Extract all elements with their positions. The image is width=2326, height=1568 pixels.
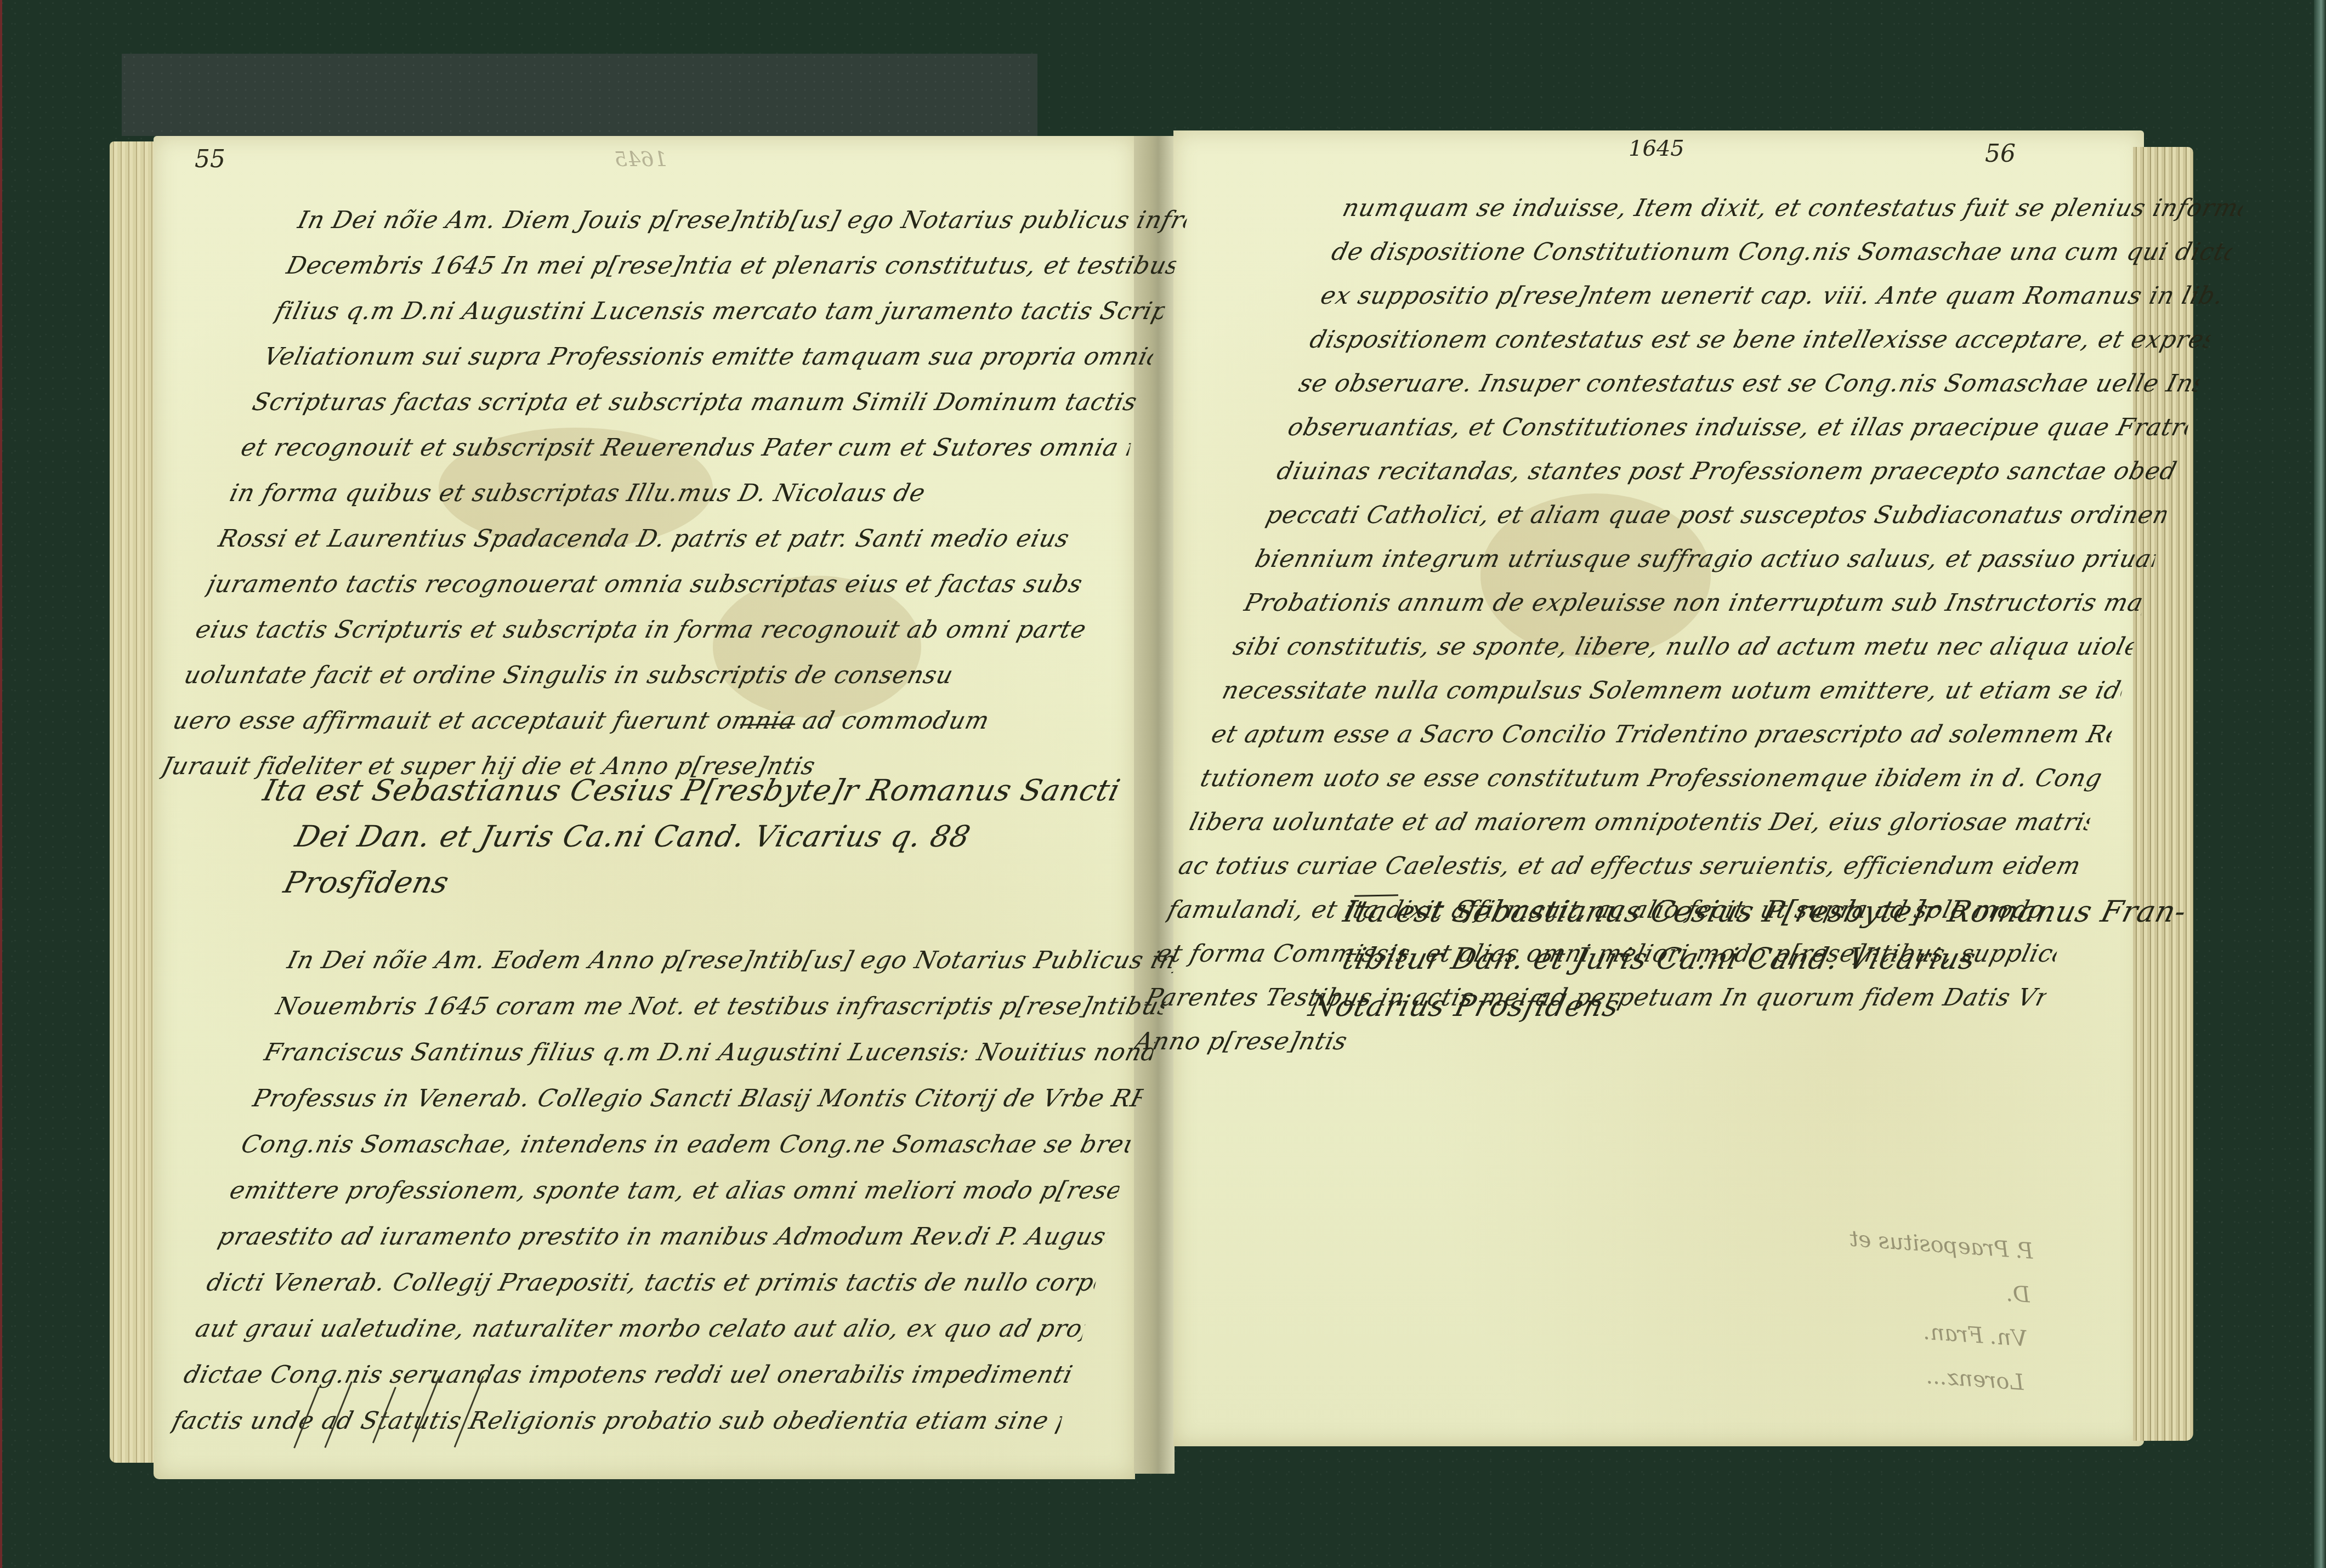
manuscript-line: juramento tactis recognouerat omnia subs… xyxy=(202,561,1102,607)
signature-line: Ita est Sebastianus Cesius P[resbyte]r R… xyxy=(258,768,1147,814)
manuscript-line: Franciscus Santinus filius q.m D.ni Augu… xyxy=(259,1030,1159,1076)
manuscript-line: peccati Catholici, et aliam quae post su… xyxy=(1261,493,2171,537)
manuscript-line: uoluntate facit et ordine Singulis in su… xyxy=(179,652,1079,698)
manuscript-line: Decembris 1645 In mei p[rese]ntia et ple… xyxy=(281,243,1181,288)
folio-number-left: 55 xyxy=(195,145,225,173)
manuscript-line: Probationis annum de expleuisse non inte… xyxy=(1239,581,2149,625)
signature-line: Notarius Prosfidens xyxy=(1282,982,2171,1030)
gray-support-board xyxy=(122,54,1037,136)
year-header: 1645 xyxy=(1629,136,1684,161)
manuscript-line: Professus in Venerab. Collegio Sancti Bl… xyxy=(247,1076,1147,1122)
manuscript-line: se obseruare. Insuper contestatus est se… xyxy=(1294,362,2204,406)
manuscript-line: in forma quibus et subscriptas Illu.mus … xyxy=(225,470,1125,516)
manuscript-line: In Dei nõie Am. Diem Jouis p[rese]ntib[u… xyxy=(293,197,1193,243)
manuscript-line: ex suppositio p[rese]ntem uenerit cap. v… xyxy=(1316,274,2226,318)
manuscript-line: diuinas recitandas, stantes post Profess… xyxy=(1272,450,2182,493)
manuscript-line: biennium integrum utriusque suffragio ac… xyxy=(1250,537,2160,581)
manuscript-line: libera uoluntate et ad maiorem omnipoten… xyxy=(1184,800,2095,844)
bleed-through-line: P. Praepositus et D. xyxy=(1831,1216,2034,1317)
signature-line: Ita est Sebastianus Cesius P[resbyte]r R… xyxy=(1306,888,2194,935)
manuscript-line: dispositionem contestatus est se bene in… xyxy=(1305,318,2215,362)
right-signature-block: Ita est Sebastianus Cesius P[resbyte]r R… xyxy=(1282,888,2194,1030)
signature-line: Dei Dan. et Juris Ca.ni Cand. Vicarius q… xyxy=(247,814,1136,860)
scan-left-edge-strip xyxy=(0,0,2,1568)
manuscript-line: sibi constitutis, se sponte, libere, nul… xyxy=(1228,625,2138,669)
manuscript-line: factis unde ad Statutis Religionis proba… xyxy=(167,1398,1067,1444)
left-signature-block: Ita est Sebastianus Cesius P[resbyte]r R… xyxy=(235,768,1147,906)
bleed-through-line: Vn. Fran. Lorenz... xyxy=(1825,1303,2028,1405)
manuscript-line: emittere professionem, sponte tam, et al… xyxy=(225,1168,1125,1214)
folio-number-right: 56 xyxy=(1985,140,2016,168)
manuscript-line: filius q.m D.ni Augustini Lucensis merca… xyxy=(270,288,1170,334)
manuscript-line: dicti Venerab. Collegij Praepositi, tact… xyxy=(202,1260,1102,1306)
manuscript-line: Veliationum sui supra Professionis emitt… xyxy=(259,334,1159,379)
manuscript-line: In Dei nõie Am. Eodem Anno p[rese]ntib[u… xyxy=(282,938,1182,984)
manuscript-line: de dispositione Constitutionum Cong.nis … xyxy=(1327,230,2237,274)
manuscript-line: et aptum esse a Sacro Concilio Tridentin… xyxy=(1206,713,2117,757)
manuscript-line: necessitate nulla compulsus Solemnem uot… xyxy=(1217,669,2128,713)
manuscript-line: et recognouit et subscripsit Reuerendus … xyxy=(236,425,1136,470)
manuscript-line: Nouembris 1645 coram me Not. et testibus… xyxy=(270,984,1170,1030)
signature-line: tibitur Dan. et Juris Ca.ni Cand. Vicari… xyxy=(1294,935,2182,982)
signature-line: Prosfidens xyxy=(235,860,1124,906)
manuscript-line: Cong.nis Somaschae, intendens in eadem C… xyxy=(236,1122,1136,1168)
manuscript-line: Scripturas factas scripta et subscripta … xyxy=(247,379,1147,425)
manuscript-line: dictae Cong.nis seruandas impotens reddi… xyxy=(179,1352,1079,1398)
scan-right-edge-strip xyxy=(2314,0,2326,1568)
left-entry-2: In Dei nõie Am. Eodem Anno p[rese]ntib[u… xyxy=(167,938,1182,1444)
year-header-bleed-through: 1645 xyxy=(614,147,667,171)
manuscript-line: obseruantias, et Constitutiones induisse… xyxy=(1283,406,2193,450)
manuscript-line: numquam se induisse, Item dixit, et cont… xyxy=(1338,186,2248,230)
manuscript-line: uero esse affirmauit et acceptauit fueru… xyxy=(168,698,1068,743)
reverse-side-bleed-through: P. Praepositus et D. Vn. Fran. Lorenz... xyxy=(1825,1216,2034,1405)
manuscript-line: aut graui ualetudine, naturaliter morbo … xyxy=(190,1306,1090,1352)
manuscript-line: praestito ad iuramento prestito in manib… xyxy=(213,1214,1113,1260)
left-entry-1: In Dei nõie Am. Diem Jouis p[rese]ntib[u… xyxy=(156,197,1192,789)
manuscript-line: Rossi et Laurentius Spadacenda D. patris… xyxy=(213,516,1113,561)
manuscript-line: ac totius curiae Caelestis, et ad effect… xyxy=(1173,844,2084,888)
manuscript-line: tutionem uoto se esse constitutum Profes… xyxy=(1195,757,2106,800)
manuscript-line: eius tactis Scripturis et subscripta in … xyxy=(191,607,1091,652)
